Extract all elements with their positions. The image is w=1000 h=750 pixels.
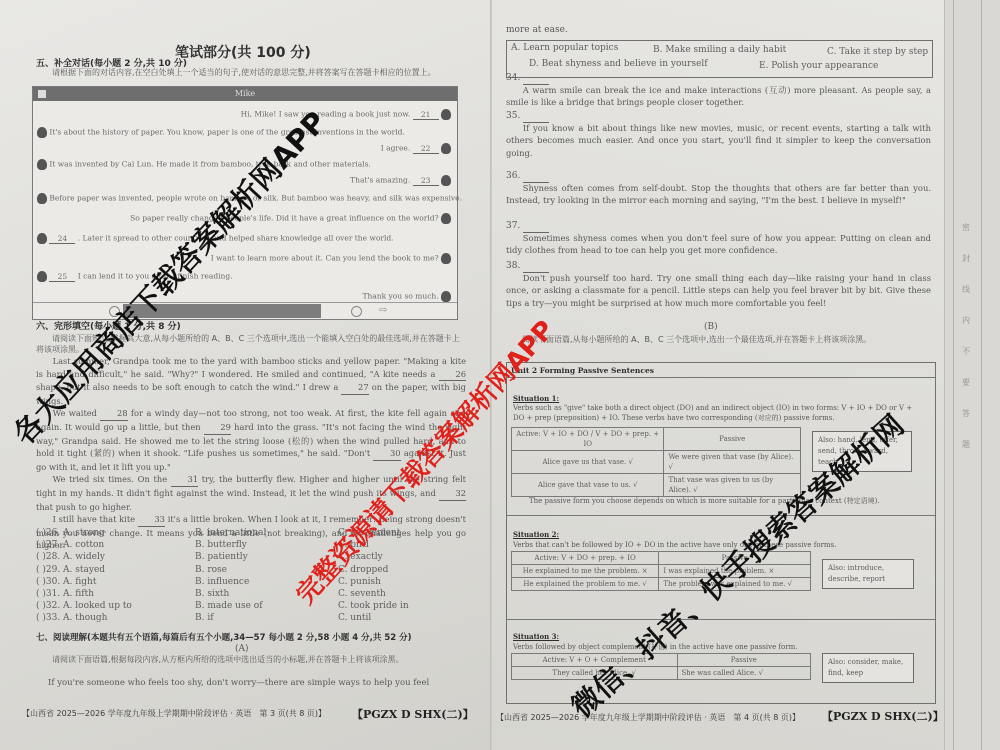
table-cell: That vase was given to us (by Alice). √ xyxy=(664,474,801,497)
blank-number: 29 xyxy=(204,421,231,435)
section7-instruction: 请阅读下面语篇,根据每段内容,从方框内所给的选项中选出适当的小标题,并在答题卡上… xyxy=(36,654,461,665)
table-cell: Active: V + IO + DO / V + DO + prep. + I… xyxy=(512,428,664,451)
option-b: B. patiently xyxy=(195,552,248,562)
paragraph-text: Don't push yourself too hard. Try one sm… xyxy=(506,272,931,309)
blank-number: 23 xyxy=(413,176,439,186)
grammar-panel: Unit 2 Forming Passive Sentences Situati… xyxy=(506,362,936,704)
margin-char: 线 xyxy=(961,284,971,295)
message-text: I want to learn more about it. Can you l… xyxy=(211,254,439,263)
option-c: C. Take it step by step xyxy=(827,47,928,57)
table-cell: Alice gave that vase to us. √ xyxy=(512,474,664,497)
chat-message: It was invented by Cai Lun. He made it f… xyxy=(37,159,371,170)
margin-char: 答 xyxy=(961,408,971,419)
option-c: C. punish xyxy=(338,577,381,587)
message-text: Thank you so much. xyxy=(362,292,438,301)
table-cell: She was called Alice. √ xyxy=(677,667,811,680)
option-question: ( )33. A. though xyxy=(36,613,107,623)
avatar-icon xyxy=(441,253,451,264)
table-cell: Alice gave us that vase. √ xyxy=(512,451,664,474)
option-b: B. if xyxy=(195,613,214,623)
divider xyxy=(507,619,935,620)
exam-code: 【PGZX D SHX(二)】 xyxy=(352,706,474,722)
avatar-icon xyxy=(37,233,47,244)
situation3-also-box: Also: consider, make, find, keep xyxy=(822,653,914,683)
passage-b-label: (B) xyxy=(704,321,718,333)
avatar-icon xyxy=(37,271,47,282)
table-row: Alice gave that vase to us. √That vase w… xyxy=(512,474,801,497)
situation2-also-box: Also: introduce, describe, report xyxy=(822,559,914,589)
blank-number: 33 xyxy=(138,513,165,527)
avatar-icon xyxy=(441,175,451,186)
chat-title-bar: Mike xyxy=(33,87,457,101)
message-text: It's about the history of paper. You kno… xyxy=(49,128,404,137)
option-a: A. Learn popular topics xyxy=(511,43,618,53)
option-b: B. Make smiling a daily habit xyxy=(653,45,786,55)
avatar-icon xyxy=(441,213,451,224)
table-cell: He explained to me the problem. × xyxy=(512,565,659,578)
chat-message: So paper really changed people's life. D… xyxy=(130,213,451,224)
section7-heading: 七、阅读理解(本题共有五个语篇,每篇后有五个小题,34—57 每小题 2 分,5… xyxy=(36,632,412,644)
option-e: E. Polish your appearance xyxy=(759,61,878,71)
continuation-text: more at ease. xyxy=(506,24,568,36)
option-question: ( )26. A. strong xyxy=(36,528,105,538)
exam-code: 【PGZX D SHX(二)】 xyxy=(822,708,944,724)
option-d: D. Beat shyness and believe in yourself xyxy=(529,59,708,69)
situation1-table: Active: V + IO + DO / V + DO + prep. + I… xyxy=(511,427,801,497)
blank-number: 31 xyxy=(171,473,198,487)
margin-line xyxy=(953,0,954,750)
situation1-text: Verbs such as "give" take both a direct … xyxy=(513,403,923,423)
page-footer: 【山西省 2025—2026 学年度九年级上学期期中阶段评估 · 英语 第 3 … xyxy=(22,708,326,719)
option-b: B. sixth xyxy=(195,589,229,599)
table-cell: Passive xyxy=(664,428,801,451)
margin-char: 不 xyxy=(961,346,971,357)
chat-message: It's about the history of paper. You kno… xyxy=(37,127,405,138)
table-cell: He explained the problem to me. √ xyxy=(512,578,659,591)
margin-line xyxy=(981,0,982,750)
message-text: Hi, Mike! I saw you reading a book just … xyxy=(241,110,411,119)
emoji-icon xyxy=(351,306,362,317)
paragraph-text: A warm smile can break the ice and make … xyxy=(506,84,931,109)
blank-number: 26 xyxy=(439,368,466,382)
passage-a-first-line: If you're someone who feels too shy, don… xyxy=(48,677,429,689)
table-row: He explained the problem to me. √The pro… xyxy=(512,578,811,591)
paragraph-text: If you know a bit about things like new … xyxy=(506,122,931,159)
blank-number: 30 xyxy=(373,447,400,461)
option-c: C. took pride in xyxy=(338,601,409,611)
chat-message: Thank you so much. xyxy=(362,291,451,302)
avatar-icon xyxy=(441,143,451,154)
table-cell: Active: V + DO + prep. + IO xyxy=(512,552,659,565)
option-question: ( )32. A. looked up to xyxy=(36,601,132,611)
margin-char: 内 xyxy=(961,315,971,326)
avatar-icon xyxy=(441,109,451,120)
table-row: Active: V + IO + DO / V + DO + prep. + I… xyxy=(512,428,801,451)
option-question: ( )31. A. fifth xyxy=(36,589,94,599)
option-b: B. butterfly xyxy=(195,540,247,550)
option-b: B. international xyxy=(195,528,266,538)
option-question: ( )27. A. cotton xyxy=(36,540,104,550)
blank-number: 28 xyxy=(100,407,127,421)
blank-number: 21 xyxy=(413,110,439,120)
send-icon: ⇨ xyxy=(379,305,387,316)
table-cell: Passive xyxy=(677,654,811,667)
margin-char: 题 xyxy=(961,439,971,450)
blank-number: 22 xyxy=(413,144,439,154)
chat-input-bar: ⇨ xyxy=(33,302,457,319)
binding-margin: 密封线内不要答题 xyxy=(944,0,1000,750)
avatar-icon xyxy=(441,291,451,302)
section5-instruction: 请根据下面的对话内容,在空白处填上一个适当的句子,使对话的意思完整,并将答案写在… xyxy=(36,68,466,78)
heading-options-box: A. Learn popular topics B. Make smiling … xyxy=(506,40,933,78)
chat-message: I want to learn more about it. Can you l… xyxy=(211,253,451,264)
page-footer: 【山西省 2025—2026 学年度九年级上学期期中阶段评估 · 英语 第 4 … xyxy=(496,712,800,723)
chat-message: I agree. 22 xyxy=(381,143,451,154)
chat-title: Mike xyxy=(235,89,255,98)
chat-message: 25 I can lend it to you after I finish r… xyxy=(37,271,233,282)
divider xyxy=(507,515,935,516)
chat-message: That's amazing. 23 xyxy=(350,175,451,186)
option-question: ( )28. A. widely xyxy=(36,552,105,562)
option-b: B. made use of xyxy=(195,601,263,611)
blank-number: 25 xyxy=(49,272,75,282)
right-exam-page: more at ease. A. Learn popular topics B.… xyxy=(492,0,944,750)
menu-icon xyxy=(38,90,46,98)
message-text: I agree. xyxy=(381,144,410,153)
blank-number: 32 xyxy=(439,487,466,501)
table-cell: We were given that vase (by Alice). √ xyxy=(664,451,801,474)
avatar-icon xyxy=(37,127,47,138)
margin-char: 密 xyxy=(961,222,971,233)
table-row: He explained to me the problem. ×I was e… xyxy=(512,565,811,578)
cloze-passage: Last summer, Grandpa took me to the yard… xyxy=(36,355,466,552)
option-question: ( )30. A. fight xyxy=(36,577,96,587)
message-text: That's amazing. xyxy=(350,176,410,185)
option-b: B. rose xyxy=(195,565,227,575)
page-title: 笔试部分(共 100 分) xyxy=(175,42,311,62)
message-text: So paper really changed people's life. D… xyxy=(130,214,438,223)
message-text: It was invented by Cai Lun. He made it f… xyxy=(49,160,370,169)
chat-message: Hi, Mike! I saw you reading a book just … xyxy=(241,109,451,120)
divider xyxy=(507,377,935,378)
paragraph-text: Shyness often comes from self-doubt. Sto… xyxy=(506,182,931,207)
option-question: ( )29. A. stayed xyxy=(36,565,105,575)
avatar-icon xyxy=(37,159,47,170)
paragraph-text: Sometimes shyness comes when you don't f… xyxy=(506,232,931,257)
table-row: Alice gave us that vase. √We were given … xyxy=(512,451,801,474)
margin-char: 要 xyxy=(961,377,971,388)
table-row: They called her Alice. √She was called A… xyxy=(512,667,811,680)
blank-number: 27 xyxy=(341,381,368,395)
avatar-icon xyxy=(37,193,47,204)
option-c: C. until xyxy=(338,613,371,623)
passage-b-instruction: 阅读下面语篇,从每小题所给的 A、B、C 三个选项中,选出一个最佳选项,并在答题… xyxy=(506,334,926,345)
option-b: B. influence xyxy=(195,577,249,587)
option-c: C. seventh xyxy=(338,589,386,599)
margin-char: 封 xyxy=(961,253,971,264)
blank-number: 24 xyxy=(49,234,75,244)
